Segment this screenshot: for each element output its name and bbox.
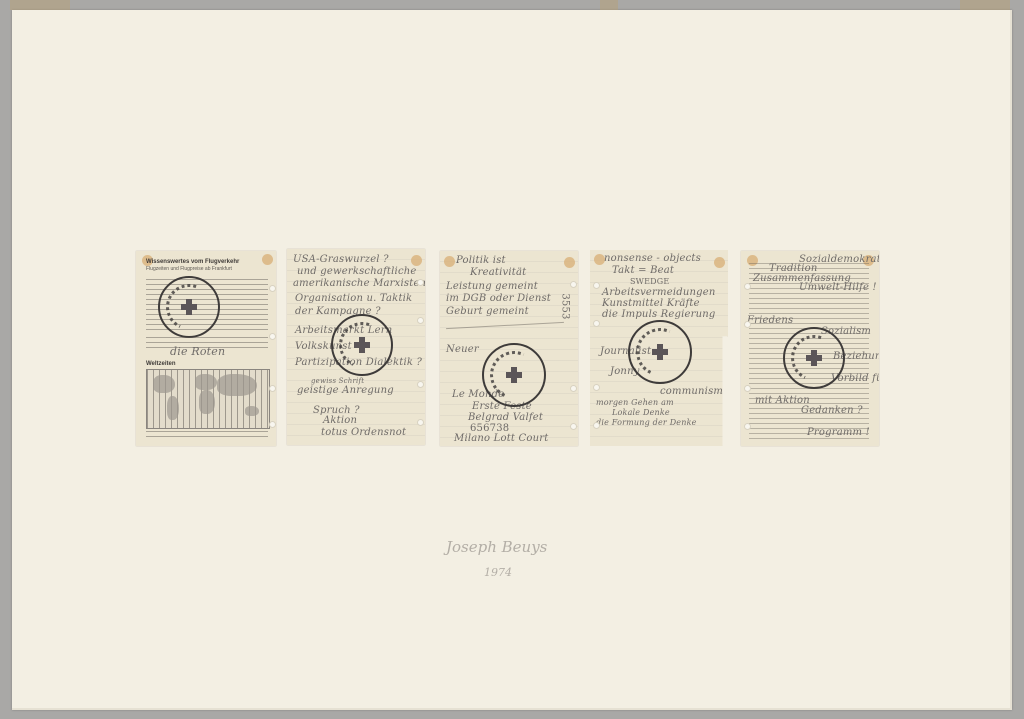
handwriting-line: nonsense - objects xyxy=(604,253,701,264)
red-cross-stamp xyxy=(331,314,393,376)
artwork-board: Wissenswertes vom Flugverkehr Flugzeiten… xyxy=(12,10,1012,710)
handwriting-line: amerikanische Marxisten xyxy=(293,278,425,289)
cross-icon xyxy=(181,299,197,315)
tape-mark xyxy=(564,257,575,268)
tape-mark xyxy=(714,257,725,268)
handwriting-line: geistige Anregung xyxy=(297,385,394,396)
handwriting-line: Aktion xyxy=(323,415,357,426)
punch-hole xyxy=(744,423,751,430)
signature-year: 1974 xyxy=(484,566,512,579)
artist-signature: Joseph Beuys xyxy=(446,538,547,556)
map-land xyxy=(195,374,217,390)
handwriting-line: Kunstmittel Kräfte xyxy=(602,298,700,309)
handwriting-line: Takt = Beat xyxy=(612,265,674,276)
punch-hole xyxy=(744,385,751,392)
board-edge-tape xyxy=(600,0,618,10)
punch-hole xyxy=(593,320,600,327)
red-cross-stamp xyxy=(783,327,845,389)
sheet-1-footer xyxy=(146,431,268,441)
map-land xyxy=(217,374,257,396)
tape-mark xyxy=(411,255,422,266)
punch-hole xyxy=(269,285,276,292)
punch-hole xyxy=(417,279,424,286)
sheet-1-section-label: Weltzeiten xyxy=(146,361,176,367)
pencil-line xyxy=(446,322,564,329)
punch-hole xyxy=(269,385,276,392)
handwriting-line: die Formung der Denke xyxy=(596,418,697,427)
handwriting-line: 3553 xyxy=(560,293,571,319)
handwriting-line: und gewerkschaftliche xyxy=(297,266,417,277)
punch-hole xyxy=(593,282,600,289)
punch-hole xyxy=(417,419,424,426)
cross-icon xyxy=(652,344,668,360)
handwriting-line: Friedens xyxy=(747,315,793,326)
punch-hole xyxy=(417,381,424,388)
map-land xyxy=(153,375,175,393)
handwriting-line: totus Ordensnot xyxy=(321,427,406,438)
handwriting-line: Lokale Denke xyxy=(612,408,670,417)
cross-icon xyxy=(354,337,370,353)
punch-hole xyxy=(269,333,276,340)
handwriting-line: SWEDGE xyxy=(630,277,669,286)
handwriting-line: Neuer xyxy=(446,344,479,355)
board-edge-tape xyxy=(960,0,1010,10)
map-land xyxy=(167,396,179,420)
handwriting-line: Kreativität xyxy=(470,267,526,278)
handwriting-line: Leistung gemeint xyxy=(446,281,538,292)
handwriting-line: Arbeitsvermeidungen xyxy=(602,287,715,298)
handwriting-line: im DGB oder Dienst xyxy=(446,293,551,304)
red-cross-stamp xyxy=(628,320,692,384)
tape-mark xyxy=(444,256,455,267)
punch-hole xyxy=(570,423,577,430)
handwriting-line: morgen Gehen am xyxy=(596,398,674,407)
sheet-1-heading: Wissenswertes vom Flugverkehr xyxy=(146,259,239,265)
map-land xyxy=(245,406,259,416)
handwriting-line: Programm ! xyxy=(807,427,870,438)
handwriting-line: Politik ist xyxy=(456,255,506,266)
punch-hole xyxy=(593,422,600,429)
handwriting-line: Umwelt-Hilfe ! xyxy=(799,282,877,293)
punch-hole xyxy=(570,281,577,288)
tape-mark xyxy=(262,254,273,265)
handwriting-line: Geburt gemeint xyxy=(446,306,529,317)
sheet-5-printed-annotated: Sozialdemokratie Tradition Zusammenfassu… xyxy=(741,251,879,446)
board-edge-tape xyxy=(10,0,70,10)
red-cross-stamp xyxy=(482,343,546,407)
handwriting-line: die Impuls Regierung xyxy=(602,309,716,320)
handwriting-line: Belgrad Valfet xyxy=(468,412,543,423)
handwriting-line: communism xyxy=(660,386,723,397)
punch-hole xyxy=(269,421,276,428)
sheet-4-handwritten-notes: nonsense - objects Takt = Beat SWEDGE Ar… xyxy=(590,250,728,446)
sheet-1-handwriting: die Roten xyxy=(170,345,225,358)
sheet-3-handwritten-notes: Politik ist Kreativität Leistung gemeint… xyxy=(440,251,578,446)
map-land xyxy=(199,390,215,414)
punch-hole xyxy=(744,283,751,290)
punch-hole xyxy=(593,384,600,391)
handwriting-line: Organisation u. Taktik xyxy=(295,293,412,304)
sheet-1-subheading: Flugzeiten und Flugpreise ab Frankfurt xyxy=(146,266,232,272)
punch-hole xyxy=(417,317,424,324)
sheet-1-printed-flight-page: Wissenswertes vom Flugverkehr Flugzeiten… xyxy=(136,251,276,446)
handwriting-line: USA-Graswurzel ? xyxy=(293,254,389,265)
punch-hole xyxy=(744,321,751,328)
sheet-2-handwritten-notes: USA-Graswurzel ? und gewerkschaftliche a… xyxy=(287,249,425,445)
handwriting-line: gewiss Schrift xyxy=(311,377,364,385)
red-cross-stamp xyxy=(158,276,220,338)
punch-hole xyxy=(570,385,577,392)
world-map xyxy=(146,369,270,429)
handwriting-line: Gedanken ? xyxy=(801,405,863,416)
cross-icon xyxy=(806,350,822,366)
handwriting-line: Milano Lott Court xyxy=(454,433,548,444)
cross-icon xyxy=(506,367,522,383)
